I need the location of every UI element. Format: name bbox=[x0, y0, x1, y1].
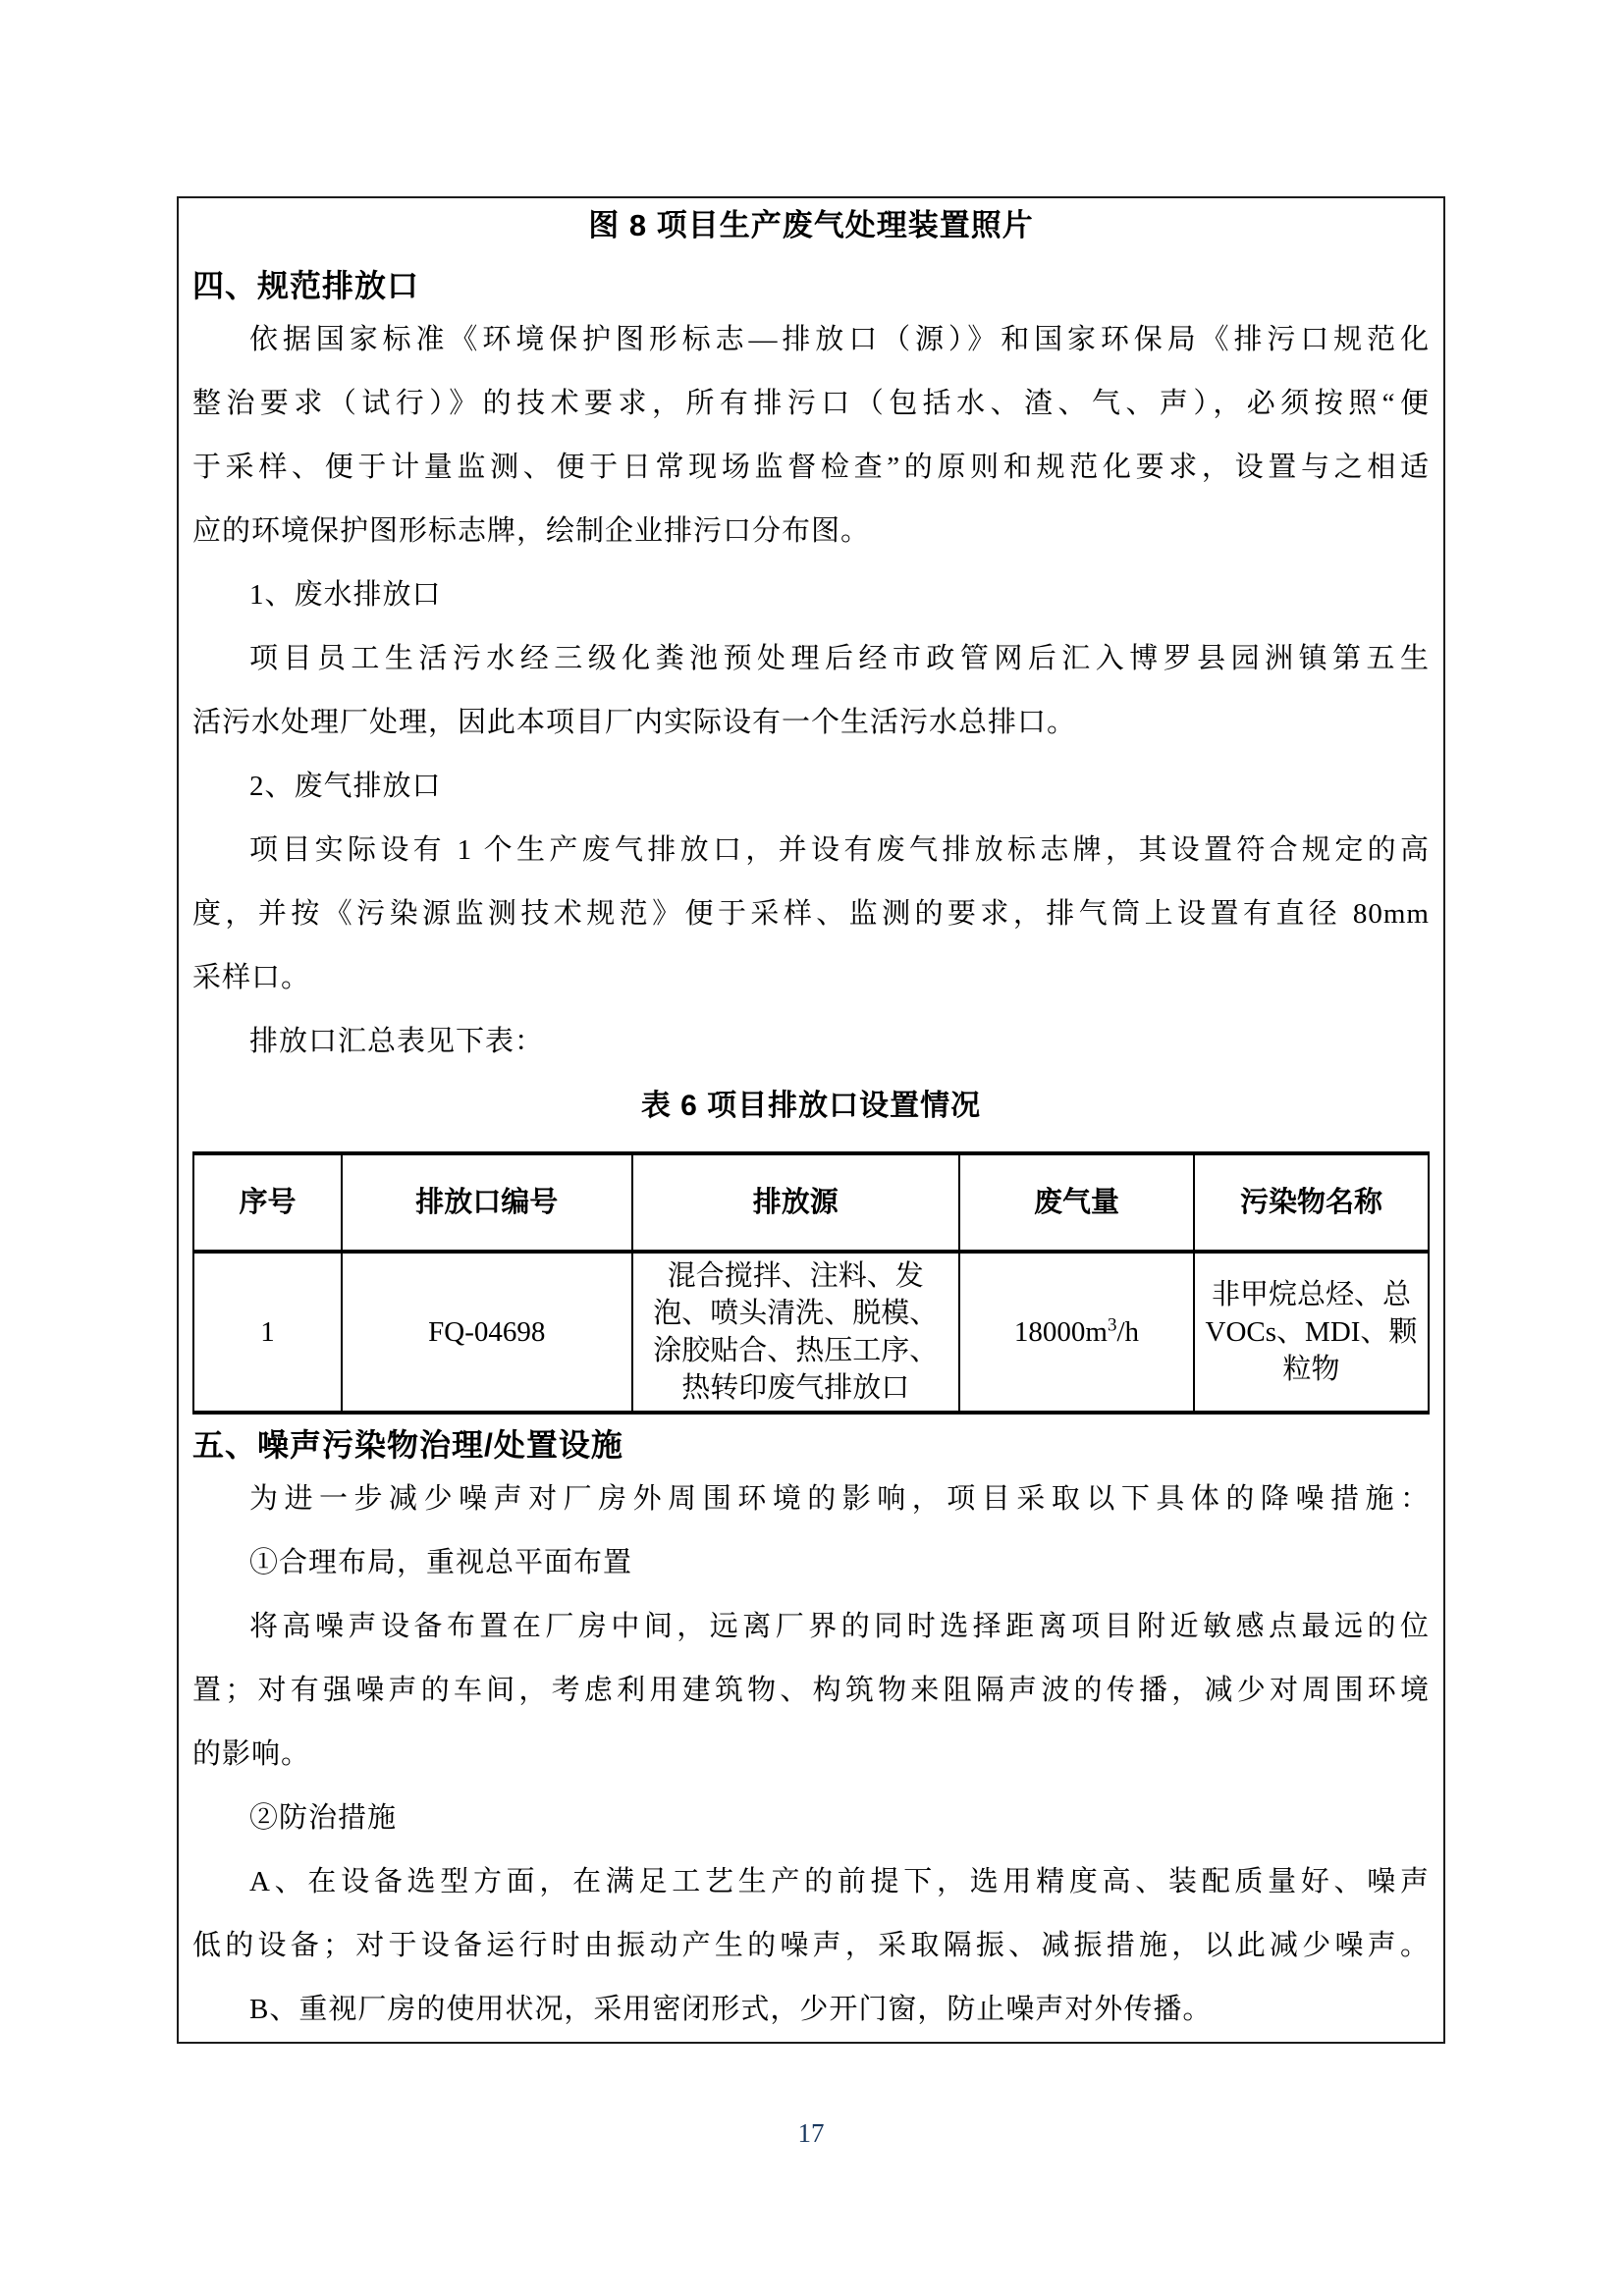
text-line: 项目实际设有 1 个生产废气排放口，并设有废气排放标志牌，其设置符合规定的高 bbox=[192, 819, 1430, 882]
text-line: 度，并按《污染源监测技术规范》便于采样、监测的要求，排气筒上设置有直径 80mm bbox=[192, 882, 1430, 946]
airflow-superscript: 3 bbox=[1108, 1314, 1117, 1335]
section4-heading: 四、规范排放口 bbox=[192, 263, 1430, 308]
noise-measure-item-2: ②防治措施 bbox=[192, 1787, 1430, 1850]
text-line: 项目员工生活污水经三级化粪池预处理后经市政管网后汇入博罗县园洲镇第五生 bbox=[192, 627, 1430, 691]
text-line: A、在设备选型方面，在满足工艺生产的前提下，选用精度高、装配质量好、噪声 bbox=[192, 1850, 1430, 1914]
outlets-table: 序号 排放口编号 排放源 废气量 污染物名称 1 FQ-04698 混合搅拌、注… bbox=[192, 1151, 1430, 1415]
text-line: 于采样、便于计量监测、便于日常现场监督检查”的原则和规范化要求，设置与之相适 bbox=[192, 436, 1430, 500]
airflow-value: 18000m bbox=[1014, 1316, 1108, 1348]
cell-pollutants: 非甲烷总烃、总VOCs、MDI、颗粒物 bbox=[1194, 1252, 1429, 1413]
noise-measure-item-1: ①合理布局，重视总平面布置 bbox=[192, 1531, 1430, 1595]
document-page: 图 8 项目生产废气处理装置照片 四、规范排放口 依据国家标准《环境保护图形标志… bbox=[0, 0, 1624, 2296]
subitem-wastewater-outlet: 1、废水排放口 bbox=[192, 563, 1430, 627]
text-line: 应的环境保护图形标志牌，绘制企业排污口分布图。 bbox=[192, 500, 1430, 563]
text-line: 置；对有强噪声的车间，考虑利用建筑物、构筑物来阻隔声波的传播，减少对周围环境 bbox=[192, 1659, 1430, 1723]
table6-title: 表 6 项目排放口设置情况 bbox=[192, 1074, 1430, 1138]
text-line: 依据国家标准《环境保护图形标志—排放口（源）》和国家环保局《排污口规范化 bbox=[192, 308, 1430, 372]
text-line: B、重视厂房的使用状况，采用密闭形式，少开门窗，防止噪声对外传播。 bbox=[192, 1978, 1430, 2042]
col-header-source: 排放源 bbox=[632, 1153, 959, 1252]
text-line: 活污水处理厂处理，因此本项目厂内实际设有一个生活污水总排口。 bbox=[192, 691, 1430, 755]
text-line: 将高噪声设备布置在厂房中间，远离厂界的同时选择距离项目附近敏感点最远的位 bbox=[192, 1595, 1430, 1659]
table-header-row: 序号 排放口编号 排放源 废气量 污染物名称 bbox=[193, 1153, 1429, 1252]
subitem-exhaust-outlet: 2、废气排放口 bbox=[192, 755, 1430, 819]
cell-index: 1 bbox=[193, 1252, 342, 1413]
figure-caption: 图 8 项目生产废气处理装置照片 bbox=[192, 204, 1430, 247]
cell-airflow: 18000m3/h bbox=[959, 1252, 1194, 1413]
col-header-outlet-id: 排放口编号 bbox=[342, 1153, 632, 1252]
text-line: 采样口。 bbox=[192, 946, 1430, 1010]
cell-outlet-id: FQ-04698 bbox=[342, 1252, 632, 1413]
text-line: 低的设备；对于设备运行时由振动产生的噪声，采取隔振、减振措施，以此减少噪声。 bbox=[192, 1914, 1430, 1978]
text-line: 的影响。 bbox=[192, 1723, 1430, 1787]
text-line: 为进一步减少噪声对厂房外周围环境的影响，项目采取以下具体的降噪措施： bbox=[192, 1468, 1430, 1531]
content-border-box: 图 8 项目生产废气处理装置照片 四、规范排放口 依据国家标准《环境保护图形标志… bbox=[177, 196, 1445, 2044]
col-header-index: 序号 bbox=[193, 1153, 342, 1252]
col-header-airflow: 废气量 bbox=[959, 1153, 1194, 1252]
col-header-pollutants: 污染物名称 bbox=[1194, 1153, 1429, 1252]
table-intro-line: 排放口汇总表见下表： bbox=[192, 1010, 1430, 1074]
airflow-unit: /h bbox=[1116, 1316, 1139, 1348]
table-row: 1 FQ-04698 混合搅拌、注料、发泡、喷头清洗、脱模、涂胶贴合、热压工序、… bbox=[193, 1252, 1429, 1413]
text-line: 整治要求（试行）》的技术要求，所有排污口（包括水、渣、气、声），必须按照“便 bbox=[192, 372, 1430, 436]
section5-heading: 五、噪声污染物治理/处置设施 bbox=[192, 1422, 1430, 1468]
page-number: 17 bbox=[177, 2118, 1445, 2149]
cell-source: 混合搅拌、注料、发泡、喷头清洗、脱模、涂胶贴合、热压工序、热转印废气排放口 bbox=[632, 1252, 959, 1413]
